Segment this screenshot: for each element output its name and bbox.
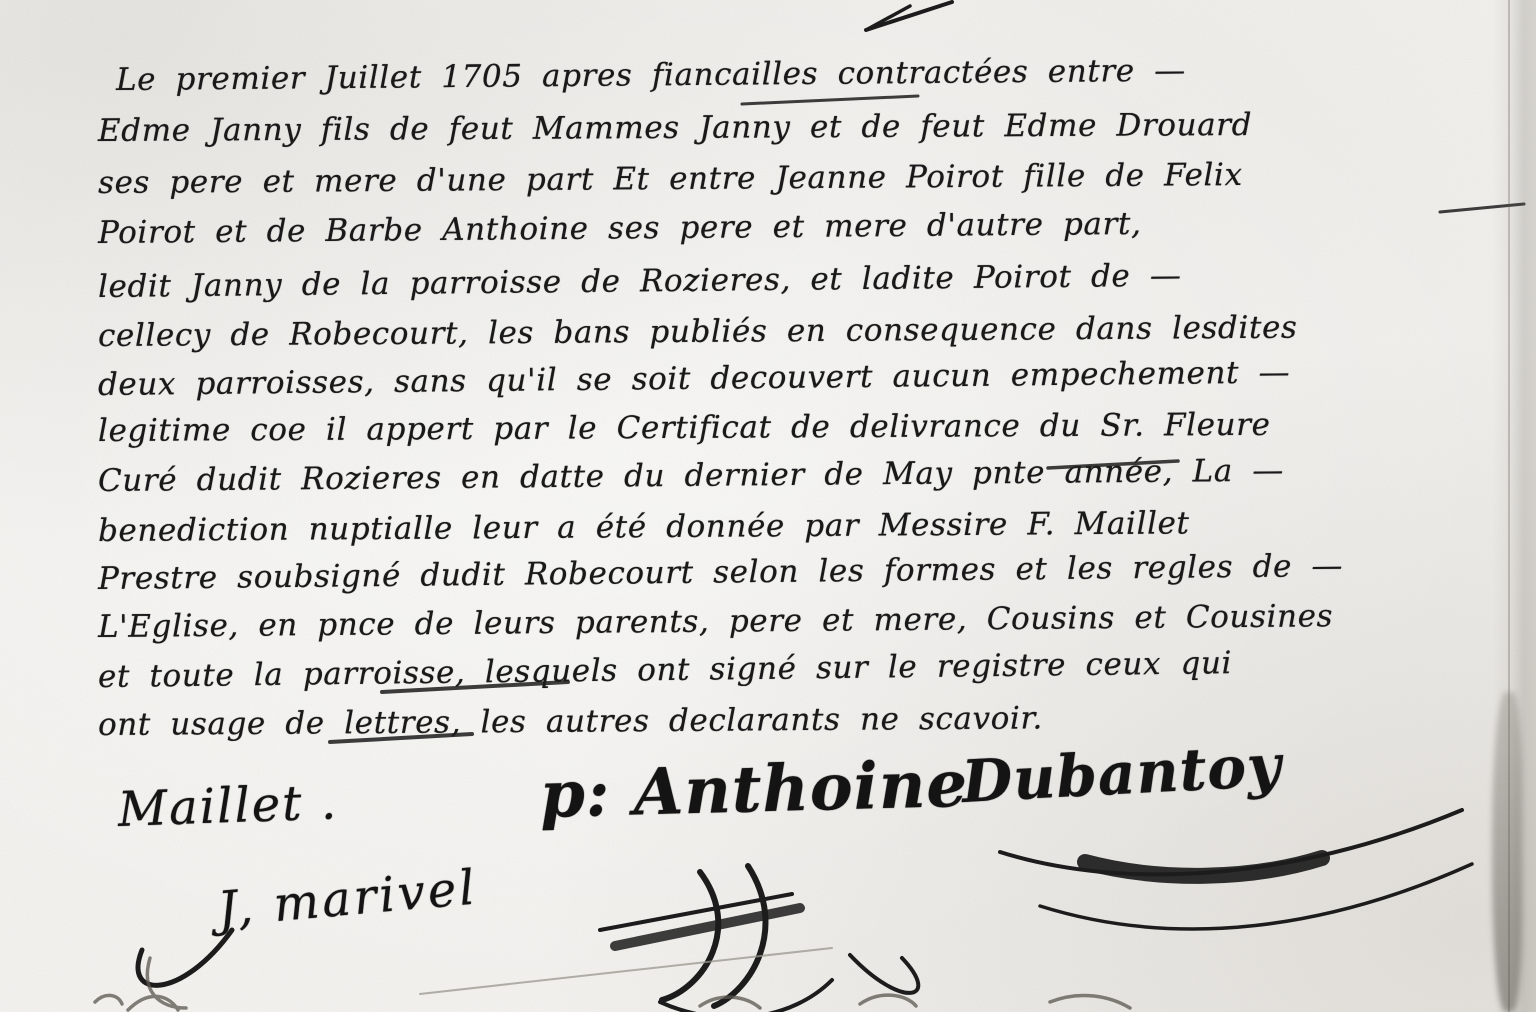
manuscript-line-9: Curé dudit Rozieres en datte du dernier … <box>98 453 1284 499</box>
signature-maillet: Maillet . <box>117 774 339 838</box>
manuscript-line-3: ses pere et mere d'une part Et entre Jea… <box>98 157 1243 201</box>
cutoff-next-entry-strokes <box>95 948 1130 1010</box>
top-cutoff-mark <box>866 2 952 30</box>
manuscript-line-1: Le premier Juillet 1705 apres fiancaille… <box>116 53 1186 98</box>
manuscript-line-8: legitime coe il appert par le Certificat… <box>98 407 1271 449</box>
page-edge-smudge <box>1492 692 1522 1012</box>
dubantoy-flourish <box>1000 810 1472 929</box>
manuscript-line-13: et toute la parroisse, lesquels ont sign… <box>98 645 1233 695</box>
manuscript-line-5: ledit Janny de la parroisse de Rozieres,… <box>98 258 1182 305</box>
signature-marivel: J, marivel <box>216 859 480 937</box>
scanned-manuscript-page: Le premier Juillet 1705 apres fiancaille… <box>0 0 1536 1012</box>
manuscript-line-2: Edme Janny fils de feut Mammes Janny et … <box>98 107 1252 149</box>
manuscript-line-4: Poirot et de Barbe Anthoine ses pere et … <box>98 206 1142 251</box>
manuscript-line-11: Prestre soubsigné dudit Robecourt selon … <box>98 548 1343 597</box>
signature-anthoine: p: Anthoine <box>539 747 969 833</box>
paper-texture <box>0 0 1536 1012</box>
signature-dubantoy: Dubantoy <box>960 731 1283 816</box>
manuscript-line-7: deux parroisses, sans qu'il se soit deco… <box>98 355 1291 403</box>
manuscript-line-14: ont usage de lettres, les autres declara… <box>98 700 1043 743</box>
manuscript-line-10: benediction nuptialle leur a été donnée … <box>98 505 1190 549</box>
ink-flourishes <box>0 0 1536 1012</box>
manuscript-line-12: L'Eglise, en pnce de leurs parents, pere… <box>98 598 1333 645</box>
manuscript-line-6: cellecy de Robecourt, les bans publiés e… <box>98 310 1298 354</box>
